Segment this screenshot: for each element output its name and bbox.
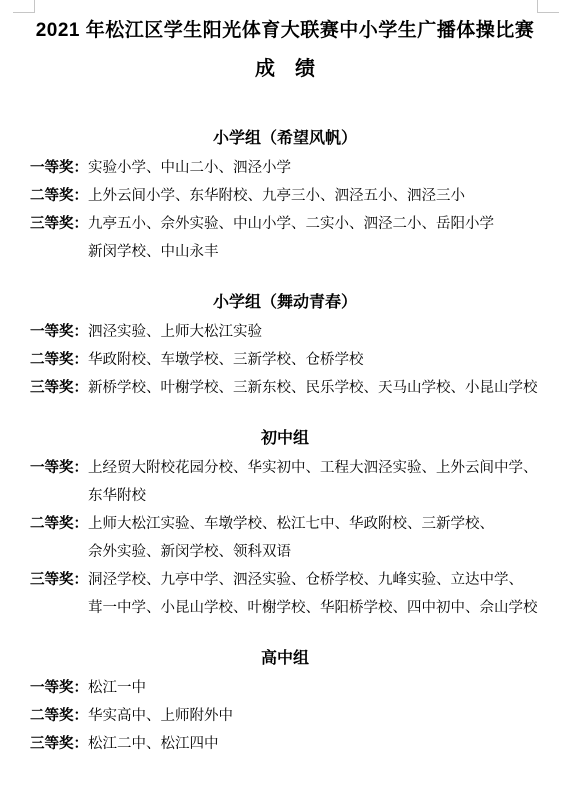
section-primary-dancing-youth: 小学组（舞动青春） 一等奖： 泗泾实验、上师大松江实验 二等奖： 华政附校、车墩…: [30, 288, 540, 402]
section-junior-high: 初中组 一等奖： 上经贸大附校花园分校、华实初中、工程大泗泾实验、上外云间中学、…: [30, 424, 540, 622]
document-subtitle: 成 绩: [30, 54, 540, 84]
group-heading: 高中组: [30, 644, 540, 674]
group-heading: 小学组（舞动青春）: [30, 288, 540, 318]
section-primary-hope-sail: 小学组（希望风帆） 一等奖： 实验小学、中山二小、泗泾小学 二等奖： 上外云间小…: [30, 124, 540, 266]
document-title: 2021 年松江区学生阳光体育大联赛中小学生广播体操比赛: [30, 16, 540, 46]
award-label: 二等奖：: [30, 510, 88, 538]
award-content: 新桥学校、叶榭学校、三新东校、民乐学校、天马山学校、小昆山学校: [88, 374, 540, 402]
group-heading: 小学组（希望风帆）: [30, 124, 540, 154]
award-row: 一等奖： 实验小学、中山二小、泗泾小学: [30, 154, 540, 182]
award-row: 三等奖： 九亭五小、佘外实验、中山小学、二实小、泗泾二小、岳阳小学 新闵学校、中…: [30, 210, 540, 266]
award-row: 二等奖： 上外云间小学、东华附校、九亭三小、泗泾五小、泗泾三小: [30, 182, 540, 210]
award-label: 三等奖：: [30, 566, 88, 594]
award-row: 三等奖： 洞泾学校、九亭中学、泗泾实验、仓桥学校、九峰实验、立达中学、 茸一中学…: [30, 566, 540, 622]
award-row: 三等奖： 新桥学校、叶榭学校、三新东校、民乐学校、天马山学校、小昆山学校: [30, 374, 540, 402]
award-label: 一等奖：: [30, 674, 88, 702]
award-label: 一等奖：: [30, 154, 88, 182]
award-content: 洞泾学校、九亭中学、泗泾实验、仓桥学校、九峰实验、立达中学、 茸一中学、小昆山学…: [88, 566, 540, 622]
award-label: 一等奖：: [30, 318, 88, 346]
award-content: 上师大松江实验、车墩学校、松江七中、华政附校、三新学校、 佘外实验、新闵学校、领…: [88, 510, 540, 566]
group-heading: 初中组: [30, 424, 540, 454]
award-row: 二等奖： 华政附校、车墩学校、三新学校、仓桥学校: [30, 346, 540, 374]
section-senior-high: 高中组 一等奖： 松江一中 二等奖： 华实高中、上师附外中 三等奖： 松江二中、…: [30, 644, 540, 758]
award-content: 松江一中: [88, 674, 540, 702]
award-label: 二等奖：: [30, 702, 88, 730]
award-label: 三等奖：: [30, 210, 88, 238]
award-label: 三等奖：: [30, 730, 88, 758]
award-content: 实验小学、中山二小、泗泾小学: [88, 154, 540, 182]
award-row: 一等奖： 泗泾实验、上师大松江实验: [30, 318, 540, 346]
award-row: 二等奖： 上师大松江实验、车墩学校、松江七中、华政附校、三新学校、 佘外实验、新…: [30, 510, 540, 566]
award-row: 一等奖： 松江一中: [30, 674, 540, 702]
award-content: 松江二中、松江四中: [88, 730, 540, 758]
document-page: 2021 年松江区学生阳光体育大联赛中小学生广播体操比赛 成 绩 小学组（希望风…: [0, 0, 572, 807]
award-content: 上经贸大附校花园分校、华实初中、工程大泗泾实验、上外云间中学、 东华附校: [88, 454, 540, 510]
award-content: 华政附校、车墩学校、三新学校、仓桥学校: [88, 346, 540, 374]
award-label: 二等奖：: [30, 182, 88, 210]
award-row: 三等奖： 松江二中、松江四中: [30, 730, 540, 758]
margin-crop-mark-top-left: [13, 0, 35, 13]
award-content: 上外云间小学、东华附校、九亭三小、泗泾五小、泗泾三小: [88, 182, 540, 210]
award-content: 泗泾实验、上师大松江实验: [88, 318, 540, 346]
margin-crop-mark-top-right: [537, 0, 559, 13]
award-label: 三等奖：: [30, 374, 88, 402]
award-label: 二等奖：: [30, 346, 88, 374]
award-row: 二等奖： 华实高中、上师附外中: [30, 702, 540, 730]
award-label: 一等奖：: [30, 454, 88, 482]
award-row: 一等奖： 上经贸大附校花园分校、华实初中、工程大泗泾实验、上外云间中学、 东华附…: [30, 454, 540, 510]
award-content: 华实高中、上师附外中: [88, 702, 540, 730]
award-content: 九亭五小、佘外实验、中山小学、二实小、泗泾二小、岳阳小学 新闵学校、中山永丰: [88, 210, 540, 266]
